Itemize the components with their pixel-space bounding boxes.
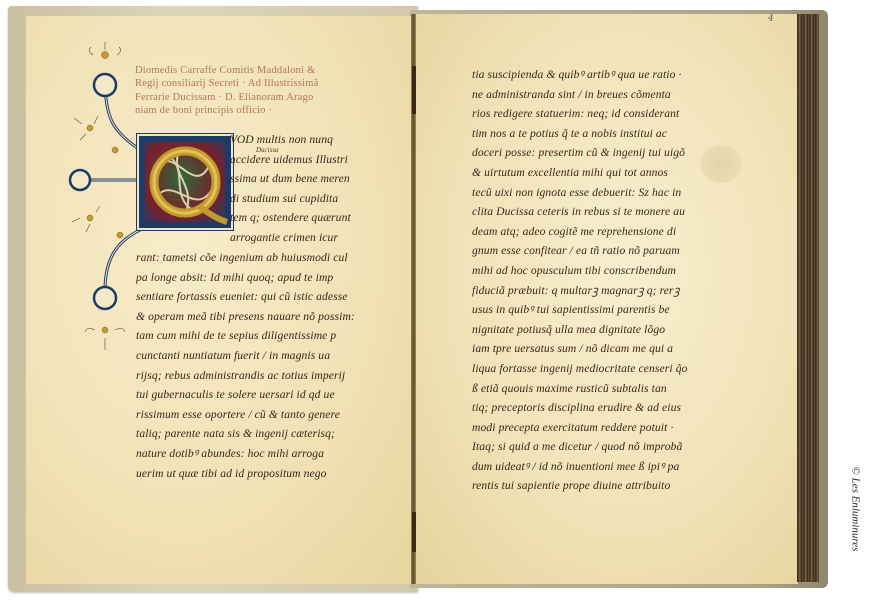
text-line: rios redigere statuerim: neq; id conside… [472, 104, 706, 124]
text-line: sentiare fortassis eueniet: qui cũ istic… [136, 287, 366, 307]
text-line: fiduciã præbuit: q multarꝫ magnarꝫ q; re… [472, 281, 706, 301]
text-line: dum uideatꝰ / id nõ inuentioni mee ß ipi… [472, 457, 706, 477]
text-line: ne administranda sint / in breues cõment… [472, 85, 706, 105]
text-line: ß etiã quouis maxime rusticũ subtalis ta… [472, 379, 706, 399]
text-line: rentis tui sapientie prope diuine attrib… [472, 476, 706, 496]
text-line: arrogantie crimen icur [230, 228, 365, 248]
text-line: clita Ducissa ceteris in rebus si te mon… [472, 202, 706, 222]
text-line: tem q; ostendere quærunt [230, 208, 365, 228]
text-line: & operam meã tibi presens nauare nõ poss… [136, 307, 366, 327]
text-line: di studium sui cupidita [230, 189, 365, 209]
left-page-text: rant: tametsi cõe ingenium ab huiusmodi … [136, 248, 366, 483]
text-line: tecũ uixi non ignota esse debuerit: Sz h… [472, 183, 706, 203]
text-line: nature dotibꝰ abundes: hoc mihi arroga [136, 444, 366, 464]
rubric-line: niam de boni principis officio · [135, 104, 365, 117]
rubric-line: Regij consiliarij Secreti · Ad Illustris… [135, 77, 365, 90]
text-line: tiq; preceptoris disciplina erudire & ad… [472, 398, 706, 418]
text-line: deam atq; adeo cogitẽ me reprehensione d… [472, 222, 706, 242]
initial-letter-q-icon [139, 136, 231, 228]
text-line: accidere uidemus Illustri [230, 150, 365, 170]
text-beside-initial-end: arrogantie crimen icur [230, 228, 365, 248]
text-line: pa longe absit: Id mihi quoq; apud te im… [136, 268, 366, 288]
text-line: doceri posse: presertim cũ & ingenij tui… [472, 143, 706, 163]
text-line: gnum esse confitear / ea tñ ratio nõ par… [472, 241, 706, 261]
folio-number: 4 [768, 14, 774, 24]
text-line: nignitate potiusq̃ ulla mea dignitate lõ… [472, 320, 706, 340]
right-page-text: tia suscipienda & quibꝰ artibꝰ qua ue ra… [472, 65, 706, 496]
rubric-line: Ferrarie Ducissam · D. Elianoram Arago [135, 91, 365, 104]
text-line: usus in quibꝰ tui sapientissimi parentis… [472, 300, 706, 320]
text-line: ssima ut dum bene meren [230, 169, 365, 189]
text-line: modi precepta exercitatum reddere potuit… [472, 418, 706, 438]
rubric-line: Diomedis Carraffe Comitis Maddaloni & [135, 64, 365, 77]
rubric-heading: Diomedis Carraffe Comitis Maddaloni & Re… [135, 64, 365, 118]
text-line: mihi ad hoc opusculum tibi conscribendum [472, 261, 706, 281]
text-line: tim nos a te potius q̃ te a nobis instit… [472, 124, 706, 144]
text-line: tia suscipienda & quibꝰ artibꝰ qua ue ra… [472, 65, 706, 85]
text-line: tam cum mihi de te sepius diligentissime… [136, 326, 366, 346]
parchment-stain [700, 145, 742, 183]
binding-stitch [412, 512, 416, 552]
text-line: & uirtutum excellentia mihi qui tot anno… [472, 163, 706, 183]
text-line: tui gubernaculis te solere uersari id qd… [136, 385, 366, 405]
text-line: taliq; parente nata sis & ingenij cæteri… [136, 424, 366, 444]
text-line: Itaq; si quid a me dicetur / quod nõ imp… [472, 437, 706, 457]
copyright-credit: © Les Enluminures [846, 468, 866, 583]
text-line: uerim ut quæ tibi ad id propositum nego [136, 464, 366, 484]
copyright-text: © Les Enluminures [850, 467, 862, 582]
text-line: VOD multis non nunq [230, 130, 365, 150]
text-line: iam tpre uersatus sum / nõ dicam me qui … [472, 339, 706, 359]
open-manuscript: 4 [0, 0, 887, 600]
text-line: cunctanti nuntiatum fuerit / in magnis u… [136, 346, 366, 366]
text-line: liqua fortasse ingenij mediocritate cens… [472, 359, 706, 379]
page-edges [797, 14, 819, 582]
text-line: rant: tametsi cõe ingenium ab huiusmodi … [136, 248, 366, 268]
text-line: rissimum esse oportere / cũ & tanto gene… [136, 405, 366, 425]
binding-stitch [412, 66, 416, 114]
text-beside-initial: VOD multis non nunq accidere uidemus Ill… [230, 130, 365, 228]
illuminated-initial [137, 134, 233, 230]
text-line: rijsq; rebus administrandis ac totius im… [136, 366, 366, 386]
